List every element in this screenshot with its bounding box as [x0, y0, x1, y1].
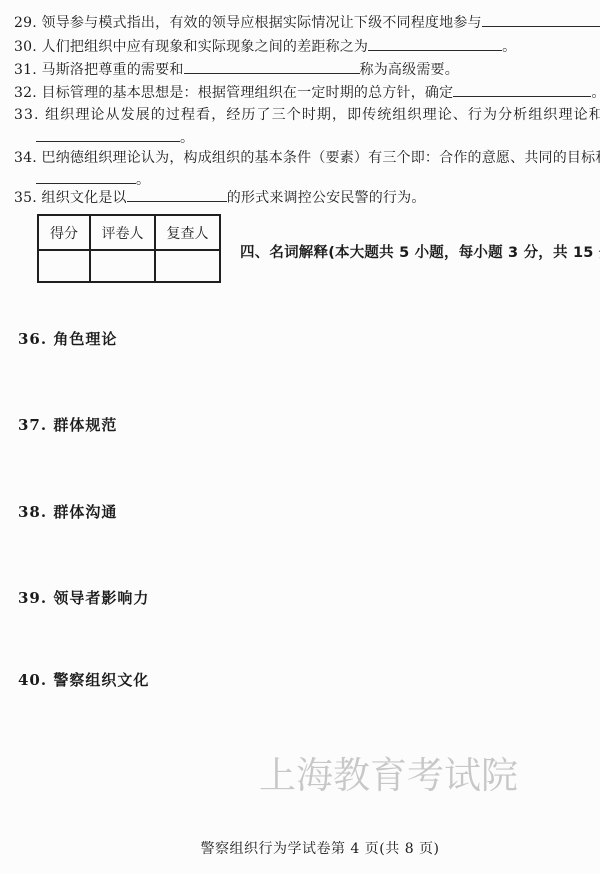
question-34-suffix: 。: [136, 172, 150, 188]
question-34: 34. 巴纳德组织理论认为，构成组织的基本条件（要素）有三个即：合作的意愿、共同…: [14, 149, 600, 167]
question-31: 31. 马斯洛把尊重的需要和称为高级需要。: [14, 60, 459, 79]
score-table-header-row: 得分 评卷人 复查人: [38, 215, 220, 250]
answer-blank-35: [127, 188, 227, 202]
answer-blank-32: [453, 83, 591, 97]
score-table-empty-row: [38, 250, 220, 282]
question-30-suffix: 。: [502, 39, 516, 55]
question-39: 39. 领导者影响力: [18, 587, 149, 608]
question-36: 36. 角色理论: [18, 328, 117, 349]
question-35-suffix: 的形式来调控公安民警的行为。: [227, 190, 426, 206]
question-40: 40. 警察组织文化: [18, 669, 149, 690]
question-33-text: 33. 组织理论从发展的过程看，经历了三个时期，即传统组织理论、行为分析组织理论…: [14, 107, 600, 123]
question-35: 35. 组织文化是以的形式来调控公安民警的行为。: [14, 188, 426, 207]
question-32-suffix: 。: [591, 85, 600, 101]
exam-page: 29. 领导参与模式指出，有效的领导应根据实际情况让下级不同程度地参与。 30.…: [0, 0, 600, 874]
watermark: 上海教育考试院: [259, 745, 518, 799]
question-30-text: 30. 人们把组织中应有现象和实际现象之间的差距称之为: [14, 39, 368, 55]
score-cell-reviewer: [155, 250, 220, 282]
section-heading: 四、名词解释(本大题共 5 小题，每小题 3 分，共 15 分): [240, 241, 600, 262]
score-table-header-grader: 评卷人: [90, 215, 155, 250]
answer-blank-33: [36, 128, 180, 142]
question-31-text: 31. 马斯洛把尊重的需要和: [14, 62, 184, 78]
answer-blank-31: [184, 60, 360, 74]
score-table-header-reviewer: 复查人: [155, 215, 220, 250]
question-33-blank-line: 。: [36, 128, 194, 147]
score-cell-grader: [90, 250, 155, 282]
question-32-text: 32. 目标管理的基本思想是：根据管理组织在一定时期的总方针，确定: [14, 85, 453, 101]
question-34-blank-line: 。: [36, 170, 150, 189]
question-31-suffix: 称为高级需要。: [360, 62, 459, 78]
page-footer: 警察组织行为学试卷第 4 页(共 8 页): [20, 838, 600, 858]
question-32: 32. 目标管理的基本思想是：根据管理组织在一定时期的总方针，确定。: [14, 83, 600, 102]
question-37: 37. 群体规范: [18, 414, 117, 435]
score-table: 得分 评卷人 复查人: [37, 214, 221, 283]
score-table-header-score: 得分: [38, 215, 90, 250]
question-35-text: 35. 组织文化是以: [14, 190, 127, 206]
question-29: 29. 领导参与模式指出，有效的领导应根据实际情况让下级不同程度地参与。: [14, 13, 600, 32]
question-30: 30. 人们把组织中应有现象和实际现象之间的差距称之为。: [14, 37, 516, 56]
question-33: 33. 组织理论从发展的过程看，经历了三个时期，即传统组织理论、行为分析组织理论…: [14, 106, 600, 124]
question-38: 38. 群体沟通: [18, 501, 117, 522]
answer-blank-29: [482, 13, 600, 27]
question-34-text: 34. 巴纳德组织理论认为，构成组织的基本条件（要素）有三个即：合作的意愿、共同…: [14, 150, 600, 166]
answer-blank-30: [368, 37, 502, 51]
score-cell-score: [38, 250, 90, 282]
question-33-suffix: 。: [180, 130, 194, 146]
answer-blank-34: [36, 170, 136, 184]
question-29-text: 29. 领导参与模式指出，有效的领导应根据实际情况让下级不同程度地参与: [14, 15, 482, 31]
